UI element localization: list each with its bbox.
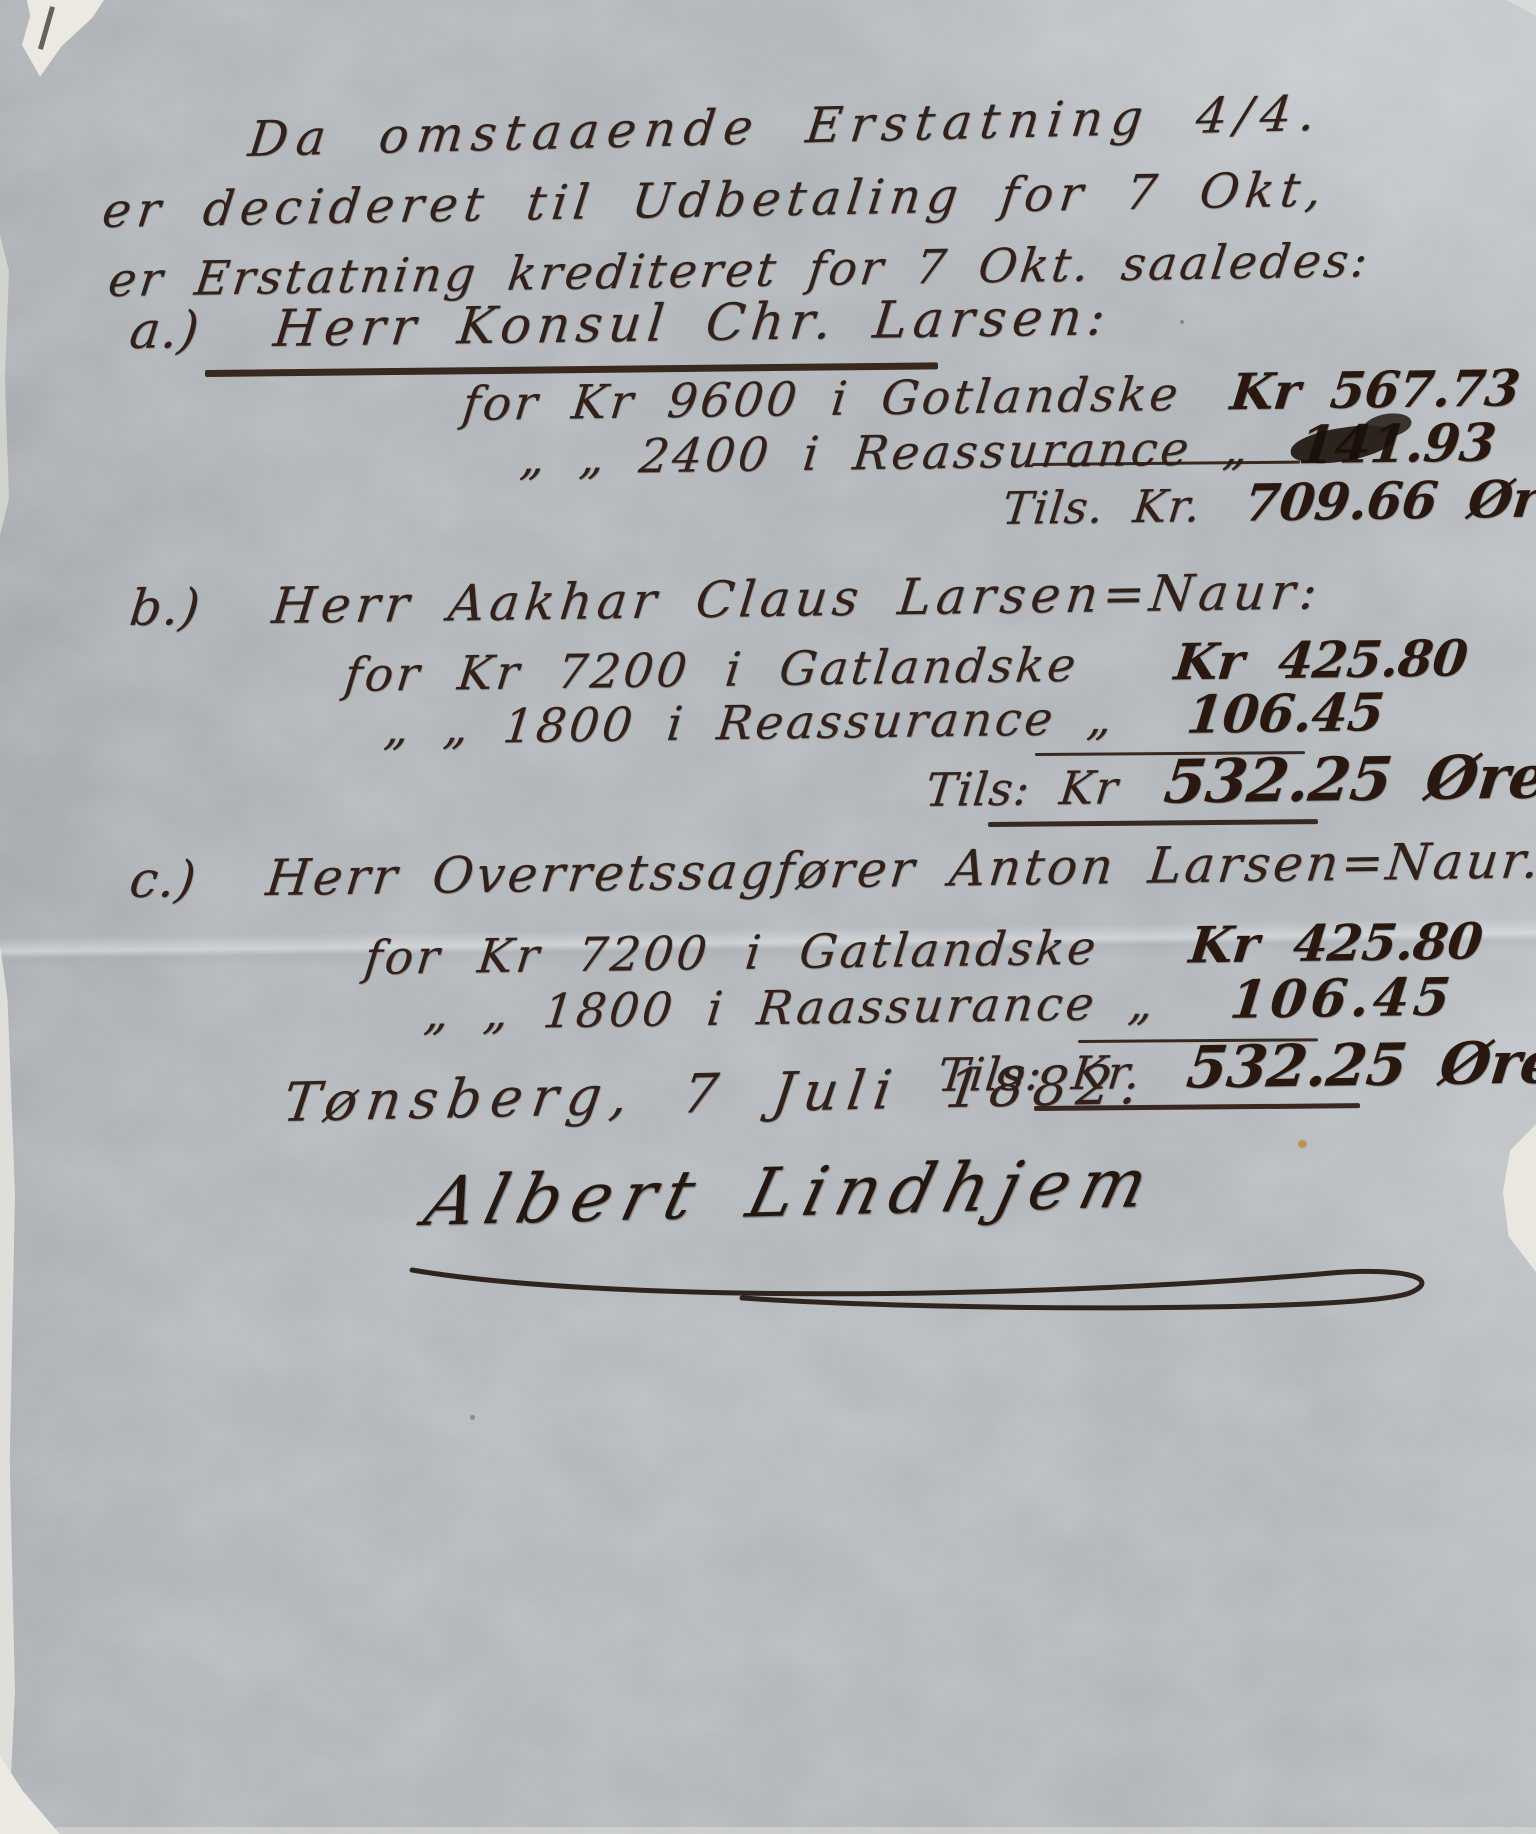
section-b-total-underline	[988, 819, 1318, 827]
paper-tear-left-lower	[0, 945, 15, 1834]
total-amount: 532.25 Øre	[1184, 1028, 1536, 1101]
paper-speck	[1180, 320, 1184, 324]
signature: Albert Lindhjem	[417, 1145, 1165, 1242]
intro-line-1: Da omstaaende Erstatning 4/4.	[245, 86, 1326, 168]
total-amount: 709.66 Øre	[1241, 469, 1536, 534]
section-b-total: Tils: Kr 532.25 Øre	[922, 743, 1536, 821]
section-b-label: b.)	[127, 578, 204, 637]
paper-tear-top-right	[1506, 0, 1536, 16]
row-amount: Kr 425.80	[1186, 911, 1485, 974]
section-b-heading-line: b.) Herr Aakhar Claus Larsen=Naur:	[127, 563, 1325, 637]
total-label: Tils. Kr.	[1000, 479, 1204, 535]
section-a-heading: Herr Konsul Chr. Larsen:	[271, 288, 1114, 359]
section-a-heading-line: a.) Herr Konsul Chr. Larsen:	[127, 289, 1114, 361]
row-amount: Kr 425.80	[1171, 628, 1470, 691]
paper-speck	[470, 1415, 475, 1420]
section-b-heading: Herr Aakhar Claus Larsen=Naur:	[269, 562, 1325, 635]
signature-flourish	[390, 1232, 1480, 1342]
date-line: Tønsberg, 7 Juli 1882.	[279, 1054, 1151, 1134]
section-a-total: Tils. Kr. 709.66 Øre	[1000, 470, 1536, 537]
paper-speck	[1298, 1140, 1307, 1148]
document-page: Da omstaaende Erstatning 4/4. er decider…	[0, 0, 1536, 1834]
paper-tear-left-edge	[0, 235, 9, 535]
intro-line-2: er decideret til Udbetaling for 7 Okt,	[99, 163, 1330, 240]
total-label: Tils: Kr	[923, 760, 1121, 817]
total-amount: 532.25 Øre	[1161, 742, 1536, 817]
section-c-heading: Herr Overretssagfører Anton Larsen=Naur.	[263, 831, 1536, 907]
paper-tear-right-edge	[1500, 1124, 1536, 1272]
row-text: „ „ 1800 i Reassurance „	[382, 691, 1118, 756]
row-text: „ „ 1800 i Raassurance „	[422, 976, 1159, 1041]
paper-tear-top-left	[22, 0, 104, 80]
paper-edge-bottom	[56, 1827, 1536, 1834]
section-c-label: c.)	[127, 850, 200, 909]
section-c-heading-line: c.) Herr Overretssagfører Anton Larsen=N…	[127, 832, 1536, 909]
row-amount: 106.45	[1227, 967, 1457, 1031]
paper-tear-crack	[38, 6, 55, 50]
paper-tear-bottom-left	[0, 1756, 60, 1834]
row-amount: 106.45	[1184, 682, 1387, 746]
section-a-label: a.)	[127, 301, 203, 361]
